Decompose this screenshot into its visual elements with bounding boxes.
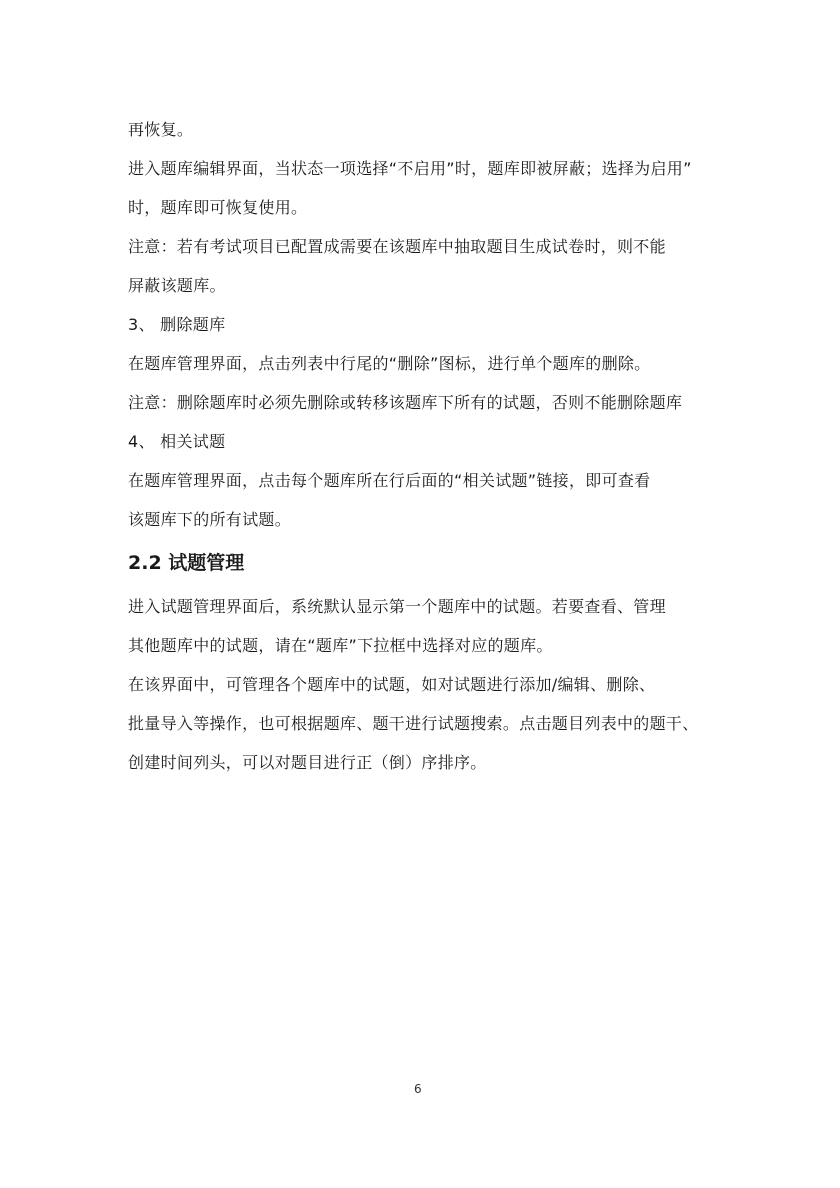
- note-line: 注意：删除题库时必须先删除或转移该题库下所有的试题，否则不能删除题库: [128, 393, 682, 413]
- note-line: 屏蔽该题库。: [128, 276, 226, 296]
- page-number: 6: [414, 1082, 422, 1096]
- paragraph-line: 在题库管理界面，点击列表中行尾的“删除”图标，进行单个题库的删除。: [128, 354, 650, 374]
- paragraph-line: 创建时间列头，可以对题目进行正（倒）序排序。: [128, 753, 487, 773]
- paragraph-line: 在该界面中，可管理各个题库中的试题，如对试题进行添加/编辑、删除、: [128, 675, 655, 695]
- paragraph-line: 进入题库编辑界面，当状态一项选择“不启用”时，题库即被屏蔽；选择为启用”: [128, 159, 692, 179]
- paragraph-line: 批量导入等操作，也可根据题库、题干进行试题搜索。点击题目列表中的题干、: [128, 714, 699, 734]
- paragraph-line: 时，题库即可恢复使用。: [128, 198, 307, 218]
- subsection-title-delete-bank: 3、 删除题库: [128, 315, 225, 335]
- document-page: 再恢复。 进入题库编辑界面，当状态一项选择“不启用”时，题库即被屏蔽；选择为启用…: [0, 0, 840, 1188]
- note-line: 注意：若有考试项目已配置成需要在该题库中抽取题目生成试卷时，则不能: [128, 237, 666, 257]
- paragraph-line: 再恢复。: [128, 120, 193, 140]
- subsection-title-related-questions: 4、 相关试题: [128, 432, 225, 452]
- paragraph-line: 进入试题管理界面后，系统默认显示第一个题库中的试题。若要查看、管理: [128, 597, 666, 617]
- paragraph-line: 其他题库中的试题，请在“题库”下拉框中选择对应的题库。: [128, 636, 553, 656]
- paragraph-line: 该题库下的所有试题。: [128, 510, 291, 530]
- paragraph-line: 在题库管理界面，点击每个题库所在行后面的“相关试题”链接，即可查看: [128, 471, 650, 491]
- section-heading: 2.2 试题管理: [128, 551, 244, 575]
